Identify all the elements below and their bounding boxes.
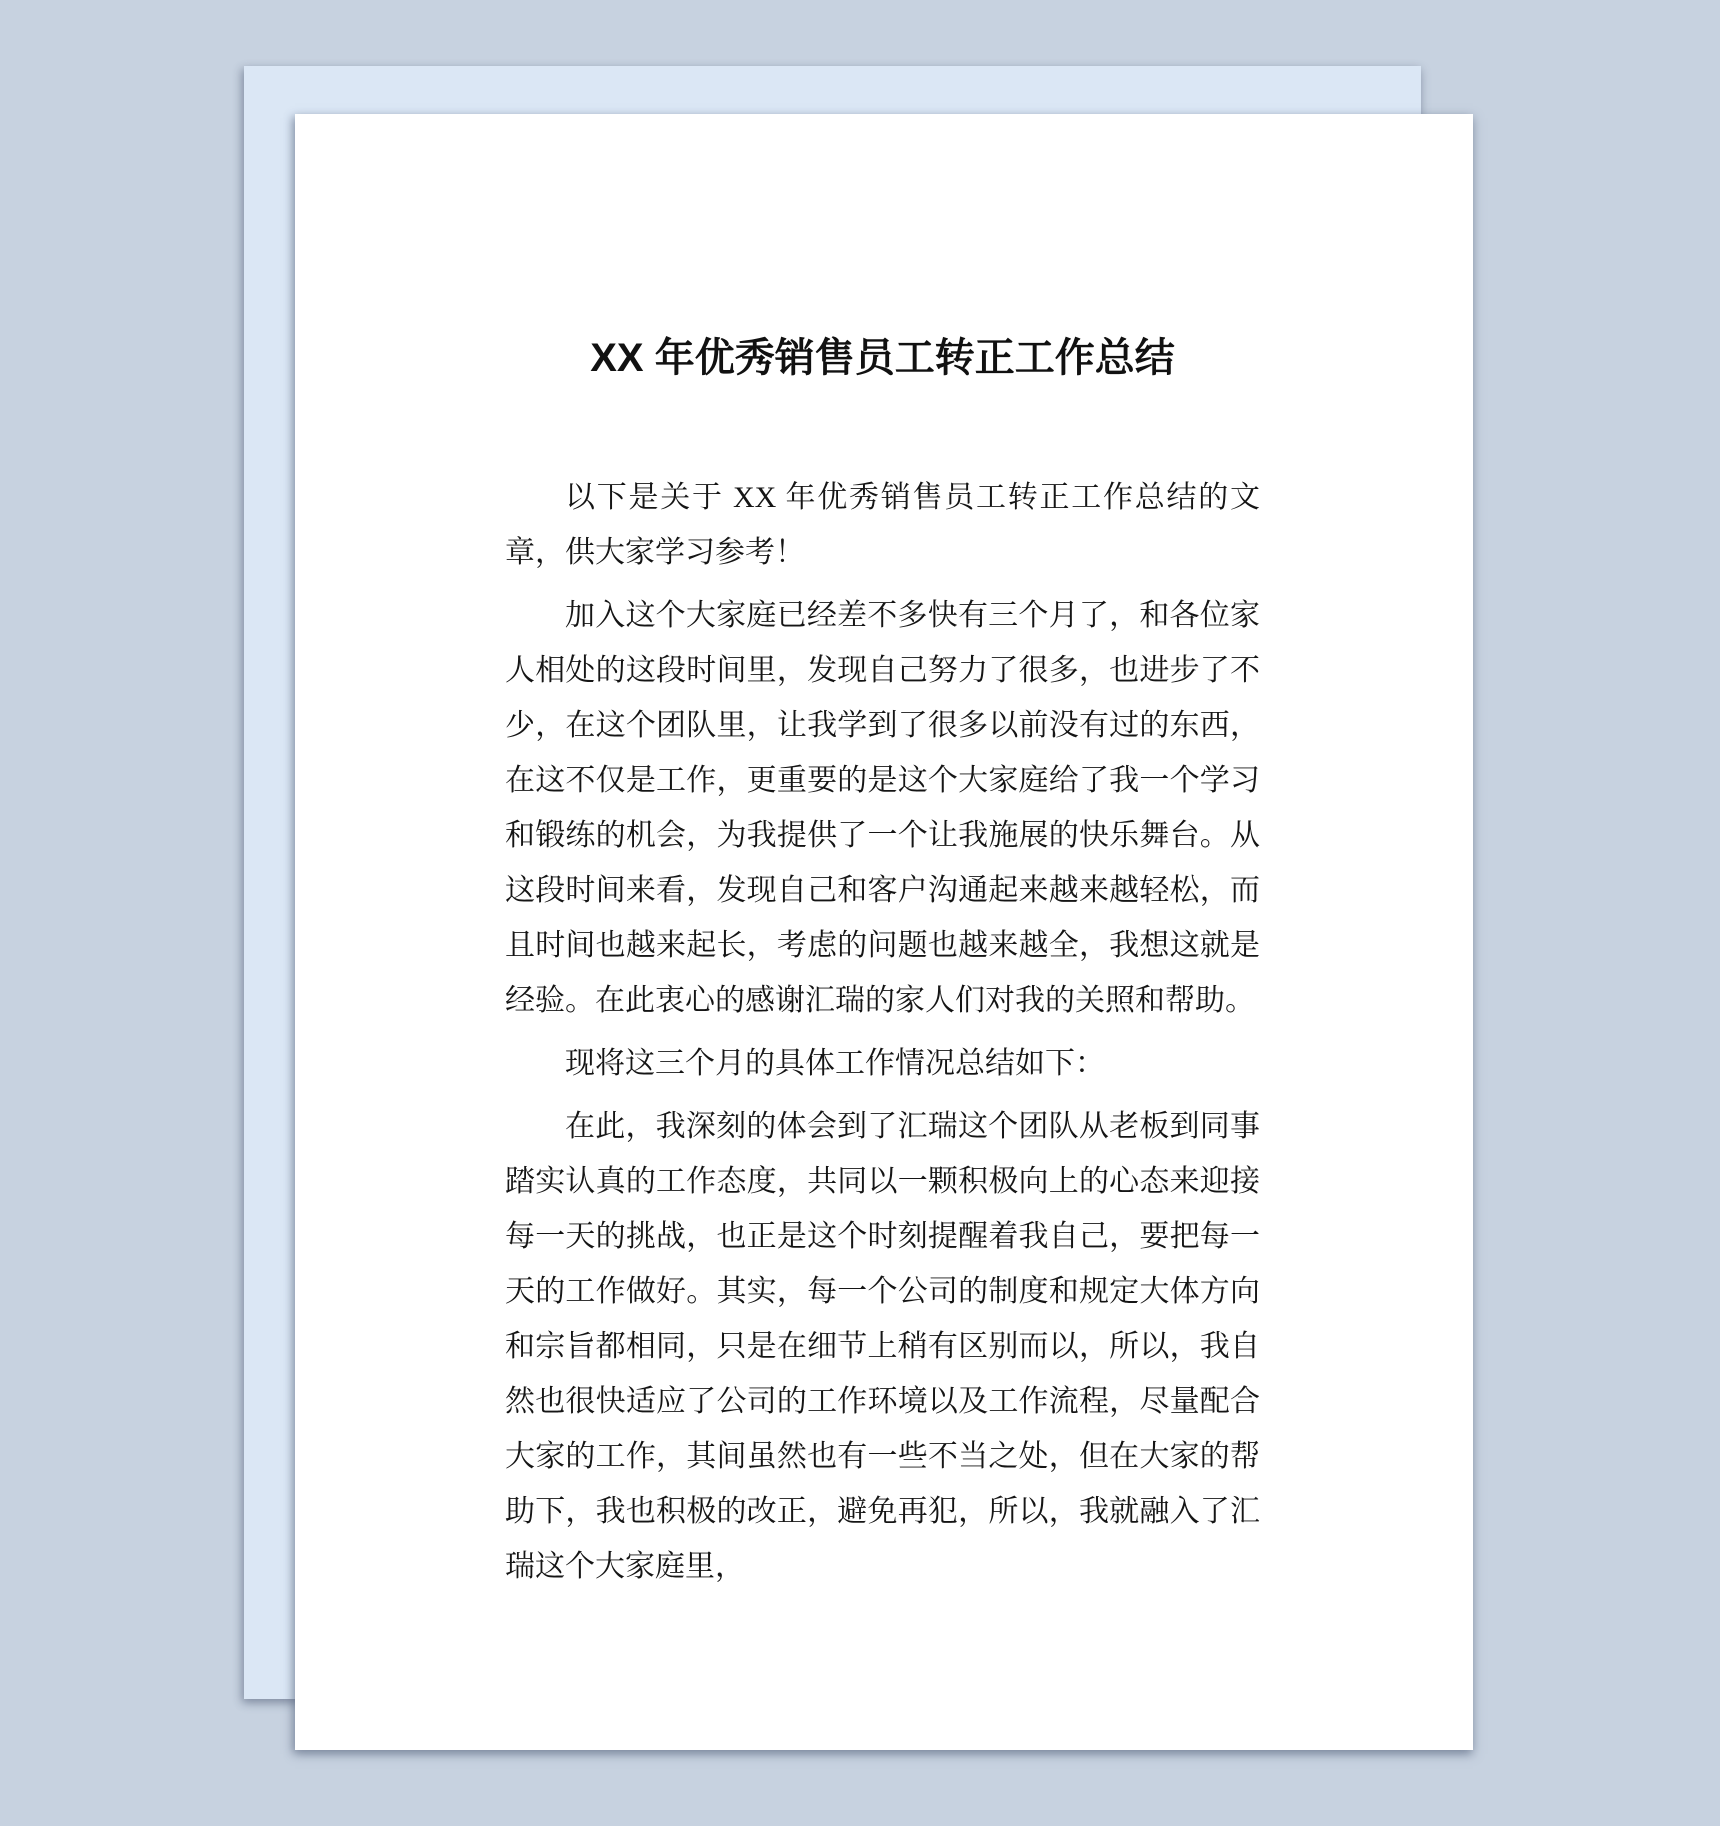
- paragraph-work-detail: 在此，我深刻的体会到了汇瑞这个团队从老板到同事踏实认真的工作态度，共同以一颗积极…: [505, 1099, 1260, 1594]
- paragraph-summary-lead-in: 现将这三个月的具体工作情况总结如下：: [505, 1036, 1260, 1091]
- paragraph-joining-review: 加入这个大家庭已经差不多快有三个月了，和各位家人相处的这段时间里，发现自己努力了…: [505, 588, 1260, 1028]
- document-content: XX 年优秀销售员工转正工作总结 以下是关于 XX 年优秀销售员工转正工作总结的…: [505, 114, 1260, 1602]
- document-page: XX 年优秀销售员工转正工作总结 以下是关于 XX 年优秀销售员工转正工作总结的…: [295, 114, 1473, 1750]
- document-body: 以下是关于 XX 年优秀销售员工转正工作总结的文章，供大家学习参考！ 加入这个大…: [505, 470, 1260, 1594]
- document-title: XX 年优秀销售员工转正工作总结: [505, 332, 1260, 384]
- paragraph-intro: 以下是关于 XX 年优秀销售员工转正工作总结的文章，供大家学习参考！: [505, 470, 1260, 580]
- desk-background: XX 年优秀销售员工转正工作总结 以下是关于 XX 年优秀销售员工转正工作总结的…: [0, 0, 1720, 1826]
